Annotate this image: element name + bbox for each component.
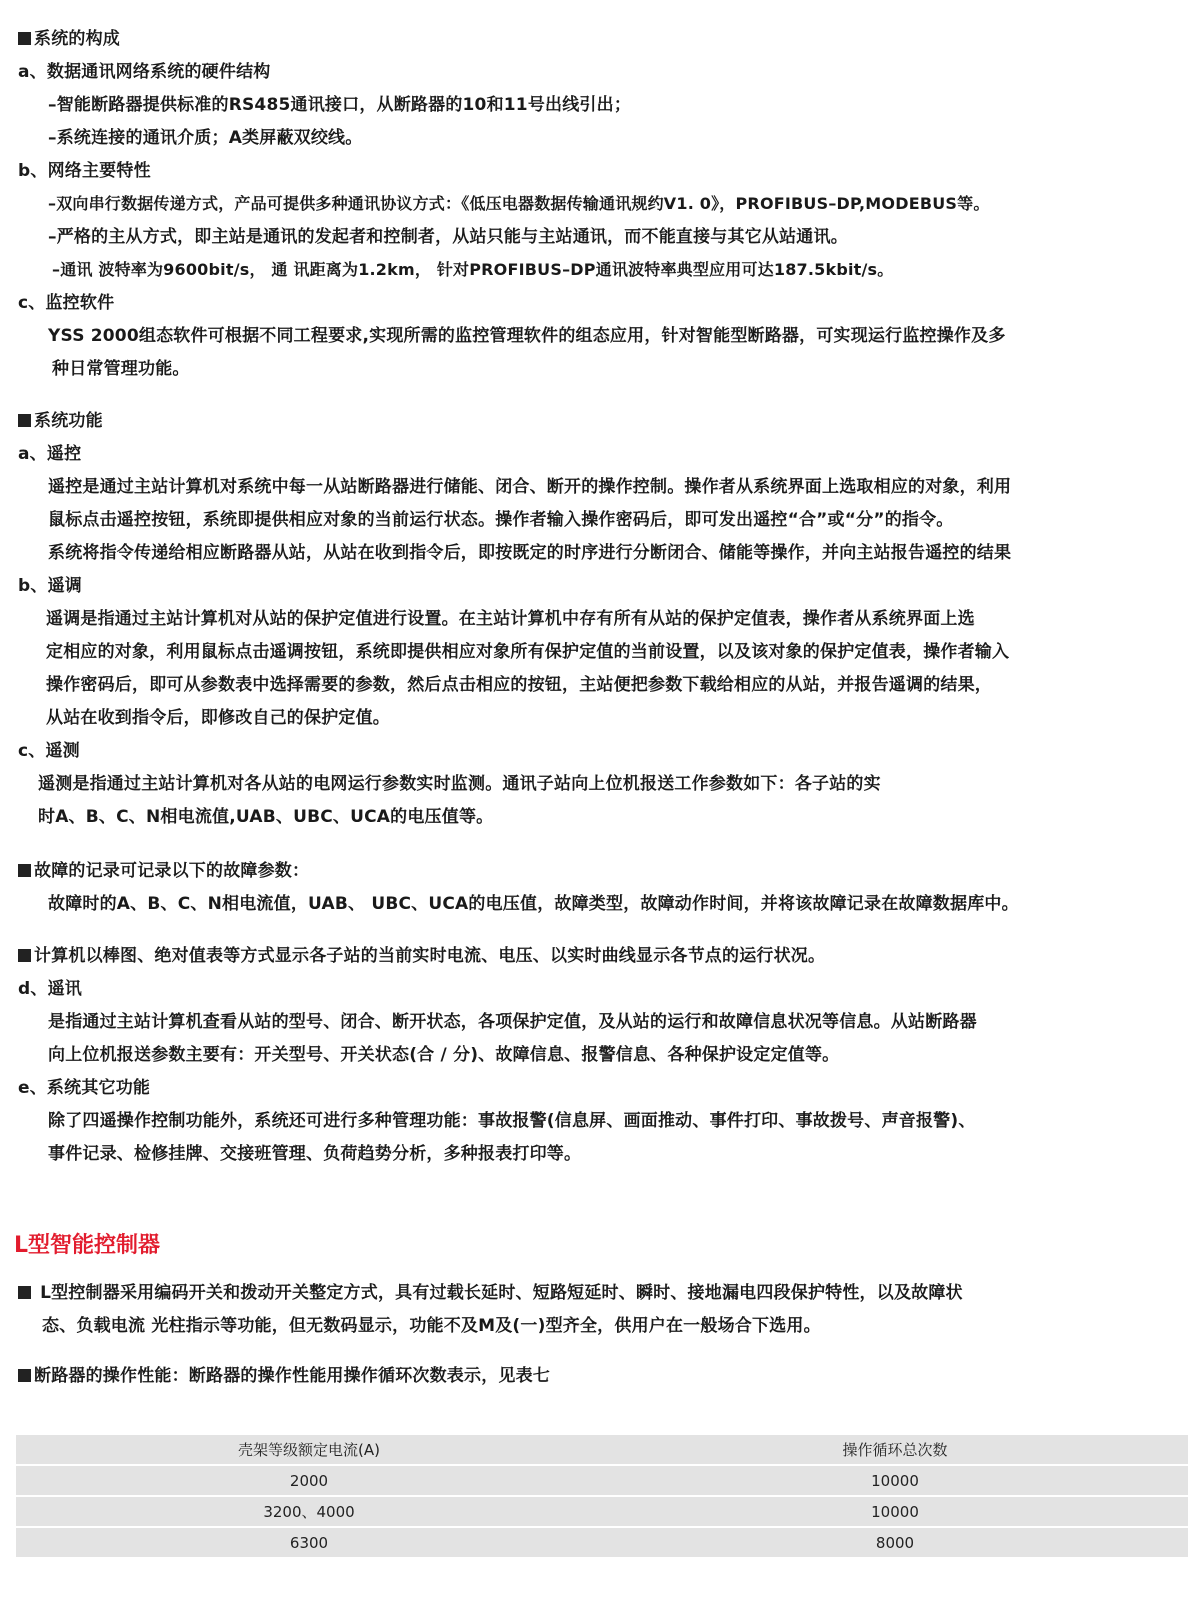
- table-header-row: 壳架等级额定电流(A) 操作循环总次数: [16, 1435, 1188, 1465]
- table-cell: 3200、4000: [16, 1496, 602, 1527]
- operation-cycles-table: 壳架等级额定电流(A) 操作循环总次数 2000 10000 3200、4000…: [16, 1435, 1188, 1559]
- text-line: 故障时的A、B、C、N相电流值，UAB、 UBC、UCA的电压值，故障类型，故障…: [48, 893, 1019, 915]
- l-controller-title: L型智能控制器: [14, 1232, 160, 1260]
- section-heading-composition: 系统的构成: [18, 28, 120, 50]
- table-cell: 10000: [602, 1496, 1188, 1527]
- subsection-title-remote-measure: c、遥测: [18, 740, 80, 762]
- text-line: –双向串行数据传递方式，产品可提供多种通讯协议方式：《低压电器数据传输通讯规约V…: [48, 193, 990, 215]
- square-bullet-icon: [18, 864, 31, 877]
- text-line: 向上位机报送参数主要有：开关型号、开关状态(合 / 分)、故障信息、报警信息、各…: [48, 1044, 839, 1066]
- section-heading-functions: 系统功能: [18, 410, 103, 432]
- text-line: –严格的主从方式，即主站是通讯的发起者和控制者，从站只能与主站通讯，而不能直接与…: [48, 226, 848, 248]
- section-heading-display: 计算机以棒图、绝对值表等方式显示各子站的当前实时电流、电压、以实时曲线显示各节点…: [18, 945, 825, 967]
- table-cell: 2000: [16, 1465, 602, 1496]
- subsection-title-hardware: a、数据通讯网络系统的硬件结构: [18, 61, 270, 83]
- text-line: –通讯 波特率为9600bit/s， 通 讯距离为1.2km， 针对PROFIB…: [52, 259, 893, 281]
- text-line: 种日常管理功能。: [52, 358, 190, 380]
- subsection-title-network: b、网络主要特性: [18, 160, 151, 182]
- text-line: 鼠标点击遥控按钮，系统即提供相应对象的当前运行状态。操作者输入操作密码后，即可发…: [48, 509, 954, 531]
- text-line: 事件记录、检修挂牌、交接班管理、负荷趋势分析，多种报表打印等。: [48, 1143, 581, 1165]
- text-line: 态、负载电流 光柱指示等功能，但无数码显示，功能不及M及(一)型齐全，供用户在一…: [42, 1315, 821, 1337]
- table-row: 3200、4000 10000: [16, 1496, 1188, 1527]
- text-line: 定相应的对象，利用鼠标点击遥调按钮，系统即提供相应对象所有保护定值的当前设置，以…: [46, 641, 1009, 663]
- subsection-title-remote-control: a、遥控: [18, 443, 81, 465]
- table-cell: 8000: [602, 1527, 1188, 1558]
- square-bullet-icon: [18, 1369, 31, 1382]
- document-page: 系统的构成 a、数据通讯网络系统的硬件结构 –智能断路器提供标准的RS485通讯…: [0, 0, 1200, 1600]
- table-row: 6300 8000: [16, 1527, 1188, 1558]
- text-line: –系统连接的通讯介质；A类屏蔽双绞线。: [48, 127, 362, 149]
- operation-performance: 断路器的操作性能：断路器的操作性能用操作循环次数表示，见表七: [18, 1365, 550, 1387]
- text-line: 遥测是指通过主站计算机对各从站的电网运行参数实时监测。通讯子站向上位机报送工作参…: [38, 773, 881, 795]
- table-cell: 10000: [602, 1465, 1188, 1496]
- square-bullet-icon: [18, 949, 31, 962]
- table-row: 2000 10000: [16, 1465, 1188, 1496]
- table-header-cell: 壳架等级额定电流(A): [16, 1435, 602, 1465]
- l-controller-paragraph: L型控制器采用编码开关和拨动开关整定方式，具有过载长延时、短路短延时、瞬时、接地…: [18, 1282, 963, 1304]
- text-line: 从站在收到指令后，即修改自己的保护定值。: [46, 707, 390, 729]
- square-bullet-icon: [18, 1286, 31, 1299]
- text-line: 遥调是指通过主站计算机对从站的保护定值进行设置。在主站计算机中存有所有从站的保护…: [46, 608, 975, 630]
- subsection-title-software: c、监控软件: [18, 292, 114, 314]
- text-line: –智能断路器提供标准的RS485通讯接口，从断路器的10和11号出线引出；: [48, 94, 631, 116]
- square-bullet-icon: [18, 32, 31, 45]
- subsection-title-other-functions: e、系统其它功能: [18, 1077, 150, 1099]
- subsection-title-remote-adjust: b、遥调: [18, 575, 82, 597]
- section-heading-fault-record: 故障的记录可记录以下的故障参数：: [18, 860, 309, 882]
- text-line: 是指通过主站计算机查看从站的型号、闭合、断开状态，各项保护定值，及从站的运行和故…: [48, 1011, 977, 1033]
- text-line: 操作密码后，即可从参数表中选择需要的参数，然后点击相应的按钮，主站便把参数下载给…: [46, 674, 992, 696]
- text-line: 除了四遥操作控制功能外，系统还可进行多种管理功能：事故报警(信息屏、画面推动、事…: [48, 1110, 976, 1132]
- table-header-cell: 操作循环总次数: [602, 1435, 1188, 1465]
- square-bullet-icon: [18, 414, 31, 427]
- text-line: YSS 2000组态软件可根据不同工程要求,实现所需的监控管理软件的组态应用，针…: [48, 325, 1006, 347]
- text-line: 时A、B、C、N相电流值,UAB、UBC、UCA的电压值等。: [38, 806, 493, 828]
- text-line: 系统将指令传递给相应断路器从站，从站在收到指令后，即按既定的时序进行分断闭合、储…: [48, 542, 1011, 564]
- table-cell: 6300: [16, 1527, 602, 1558]
- subsection-title-remote-signal: d、遥讯: [18, 978, 82, 1000]
- text-line: 遥控是通过主站计算机对系统中每一从站断路器进行储能、闭合、断开的操作控制。操作者…: [48, 476, 1011, 498]
